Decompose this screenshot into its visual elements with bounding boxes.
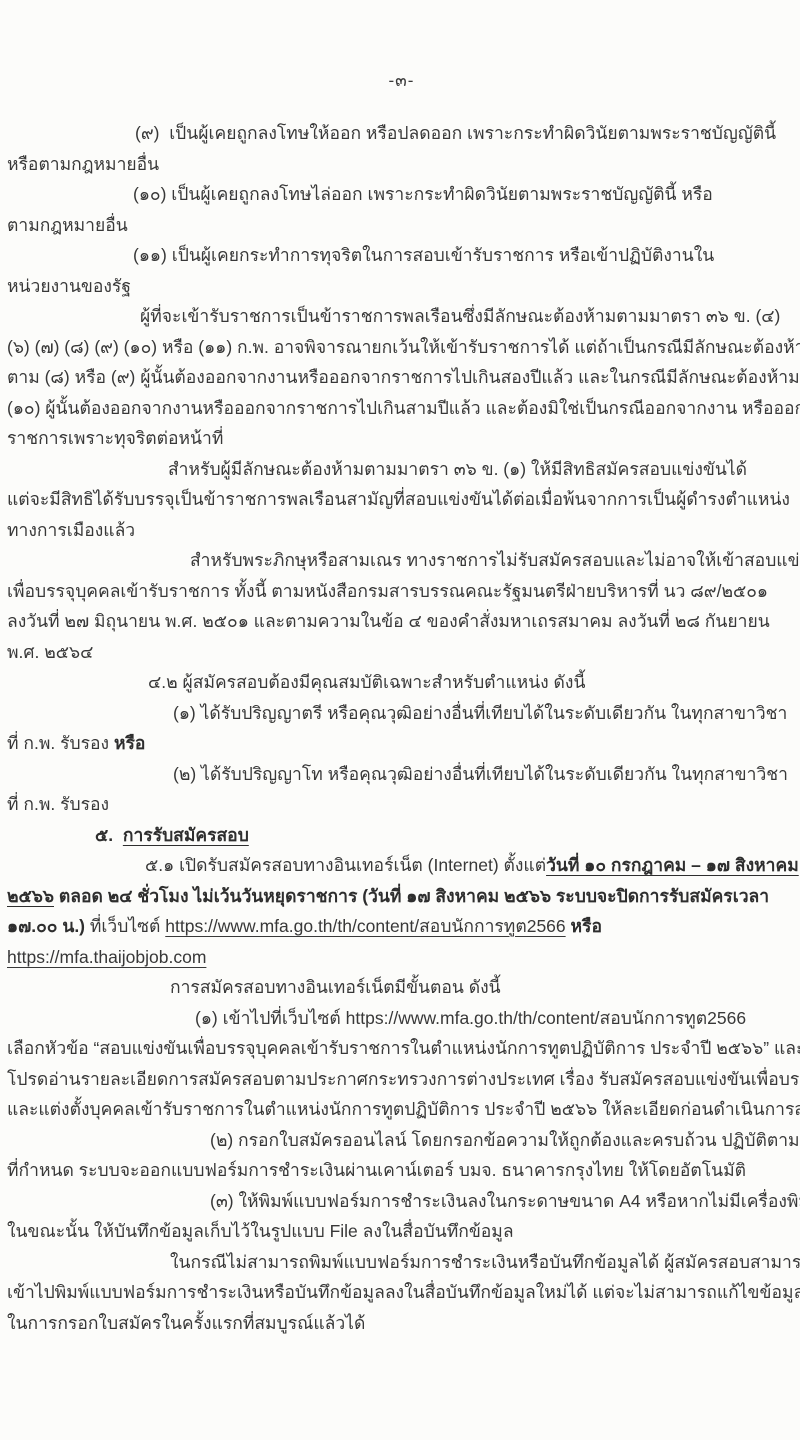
bold-run: ตลอด ๒๔ ชั่วโมง ไม่เว้นวันหยุดราชการ (วั… — [54, 886, 769, 906]
exemption-paragraph-cont: (๖) (๗) (๘) (๙) (๑๐) หรือ (๑๑) ก.พ. อาจพ… — [7, 332, 796, 363]
step-2: (๒) กรอกใบสมัครออนไลน์ โดยกรอกข้อความให้… — [7, 1125, 796, 1156]
clause-11: (๑๑) เป็นผู้เคยกระทำการทุจริตในการสอบเข้… — [7, 240, 796, 271]
text-run: ที่เว็บไซต์ — [85, 916, 165, 936]
exemption-paragraph-cont: (๑๐) ผู้นั้นต้องออกจากงานหรือออกจากราชกา… — [7, 393, 796, 424]
section-5-1-cont: ๒๕๖๖ ตลอด ๒๔ ชั่วโมง ไม่เว้นวันหยุดราชกา… — [7, 881, 796, 912]
exemption-paragraph-cont: ตาม (๘) หรือ (๙) ผู้นั้นต้องออกจากงานหรื… — [7, 362, 796, 393]
exemption-paragraph-cont: ราชการเพราะทุจริตต่อหน้าที่ — [7, 423, 796, 454]
step-1-cont: เลือกหัวข้อ “สอบแข่งขันเพื่อบรรจุบุคคลเข… — [7, 1033, 796, 1064]
year-2566: ๒๕๖๖ — [7, 886, 54, 906]
section-5-number: ๕. — [95, 825, 123, 845]
step-2-cont: ที่กำหนด ระบบจะออกแบบฟอร์มการชำระเงินผ่า… — [7, 1155, 796, 1186]
clause-10-cont: ตามกฎหมายอื่น — [7, 210, 796, 241]
clause-9-cont: หรือตามกฎหมายอื่น — [7, 149, 796, 180]
political-office-paragraph-cont: แต่จะมีสิทธิได้รับบรรจุเป็นข้าราชการพลเร… — [7, 484, 796, 515]
text-run: ที่ ก.พ. รับรอง — [7, 733, 114, 753]
step-1-cont: และแต่งตั้งบุคคลเข้ารับราชการในตำแหน่งนั… — [7, 1094, 796, 1125]
section-5-1-cont: ๑๗.๐๐ น.) ที่เว็บไซต์ https://www.mfa.go… — [7, 911, 796, 942]
cannot-print-paragraph-cont: เข้าไปพิมพ์แบบฟอร์มการชำระเงินหรือบันทึก… — [7, 1277, 796, 1308]
step-1: (๑) เข้าไปที่เว็บไซต์ https://www.mfa.go… — [7, 1003, 796, 1034]
internet-steps-intro: การสมัครสอบทางอินเทอร์เน็ตมีขั้นตอน ดังน… — [7, 972, 796, 1003]
scanned-document-page: -๓- (๙) เป็นผู้เคยถูกลงโทษให้ออก หรือปลด… — [0, 0, 800, 1440]
qualification-2-cont: ที่ ก.พ. รับรอง — [7, 789, 796, 820]
url-thaijobjob: https://mfa.thaijobjob.com — [7, 942, 796, 973]
step-3: (๓) ให้พิมพ์แบบฟอร์มการชำระเงินลงในกระดา… — [7, 1186, 796, 1217]
url-thaijobjob-text: https://mfa.thaijobjob.com — [7, 947, 206, 967]
bold-or-word: หรือ — [566, 916, 602, 936]
section-5-1-line: ๕.๑ เปิดรับสมัครสอบทางอินเทอร์เน็ต (Inte… — [7, 850, 796, 881]
monk-paragraph-cont: พ.ศ. ๒๕๖๔ — [7, 637, 796, 668]
application-date-range: วันที่ ๑๐ กรกฎาคม – ๑๗ สิงหาคม — [546, 855, 799, 875]
section-5-title: การรับสมัครสอบ — [123, 825, 249, 845]
monk-paragraph-cont: ลงวันที่ ๒๗ มิถุนายน พ.ศ. ๒๕๐๑ และตามควา… — [7, 606, 796, 637]
clause-11-cont: หน่วยงานของรัฐ — [7, 271, 796, 302]
qualification-1: (๑) ได้รับปริญญาตรี หรือคุณวุฒิอย่างอื่น… — [7, 698, 796, 729]
closing-time: ๑๗.๐๐ น.) — [7, 916, 85, 936]
clause-9: (๙) เป็นผู้เคยถูกลงโทษให้ออก หรือปลดออก … — [7, 118, 796, 149]
step-3-cont: ในขณะนั้น ให้บันทึกข้อมูลเก็บไว้ในรูปแบบ… — [7, 1216, 796, 1247]
url-mfa: https://www.mfa.go.th/th/content/สอบนักก… — [165, 916, 565, 936]
cannot-print-paragraph: ในกรณีไม่สามารถพิมพ์แบบฟอร์มการชำระเงินห… — [7, 1247, 796, 1278]
political-office-paragraph-cont: ทางการเมืองแล้ว — [7, 515, 796, 546]
page-number: -๓- — [7, 66, 796, 96]
qualification-1-cont: ที่ ก.พ. รับรอง หรือ — [7, 728, 796, 759]
qualification-2: (๒) ได้รับปริญญาโท หรือคุณวุฒิอย่างอื่นท… — [7, 759, 796, 790]
political-office-paragraph: สำหรับผู้มีลักษณะต้องห้ามตามมาตรา ๓๖ ข. … — [7, 454, 796, 485]
section-5-heading: ๕. การรับสมัครสอบ — [7, 820, 796, 851]
bold-or-word: หรือ — [114, 733, 145, 753]
clause-10: (๑๐) เป็นผู้เคยถูกลงโทษไล่ออก เพราะกระทำ… — [7, 179, 796, 210]
section-4-2-heading: ๔.๒ ผู้สมัครสอบต้องมีคุณสมบัติเฉพาะสำหรั… — [7, 667, 796, 698]
cannot-print-paragraph-cont: ในการกรอกใบสมัครในครั้งแรกที่สมบูรณ์แล้ว… — [7, 1308, 796, 1339]
monk-paragraph: สำหรับพระภิกษุหรือสามเณร ทางราชการไม่รับ… — [7, 545, 796, 576]
text-run: ๕.๑ เปิดรับสมัครสอบทางอินเทอร์เน็ต (Inte… — [145, 855, 546, 875]
monk-paragraph-cont: เพื่อบรรจุบุคคลเข้ารับราชการ ทั้งนี้ ตาม… — [7, 576, 796, 607]
exemption-paragraph: ผู้ที่จะเข้ารับราชการเป็นข้าราชการพลเรือ… — [7, 301, 796, 332]
step-1-cont: โปรดอ่านรายละเอียดการสมัครสอบตามประกาศกร… — [7, 1064, 796, 1095]
